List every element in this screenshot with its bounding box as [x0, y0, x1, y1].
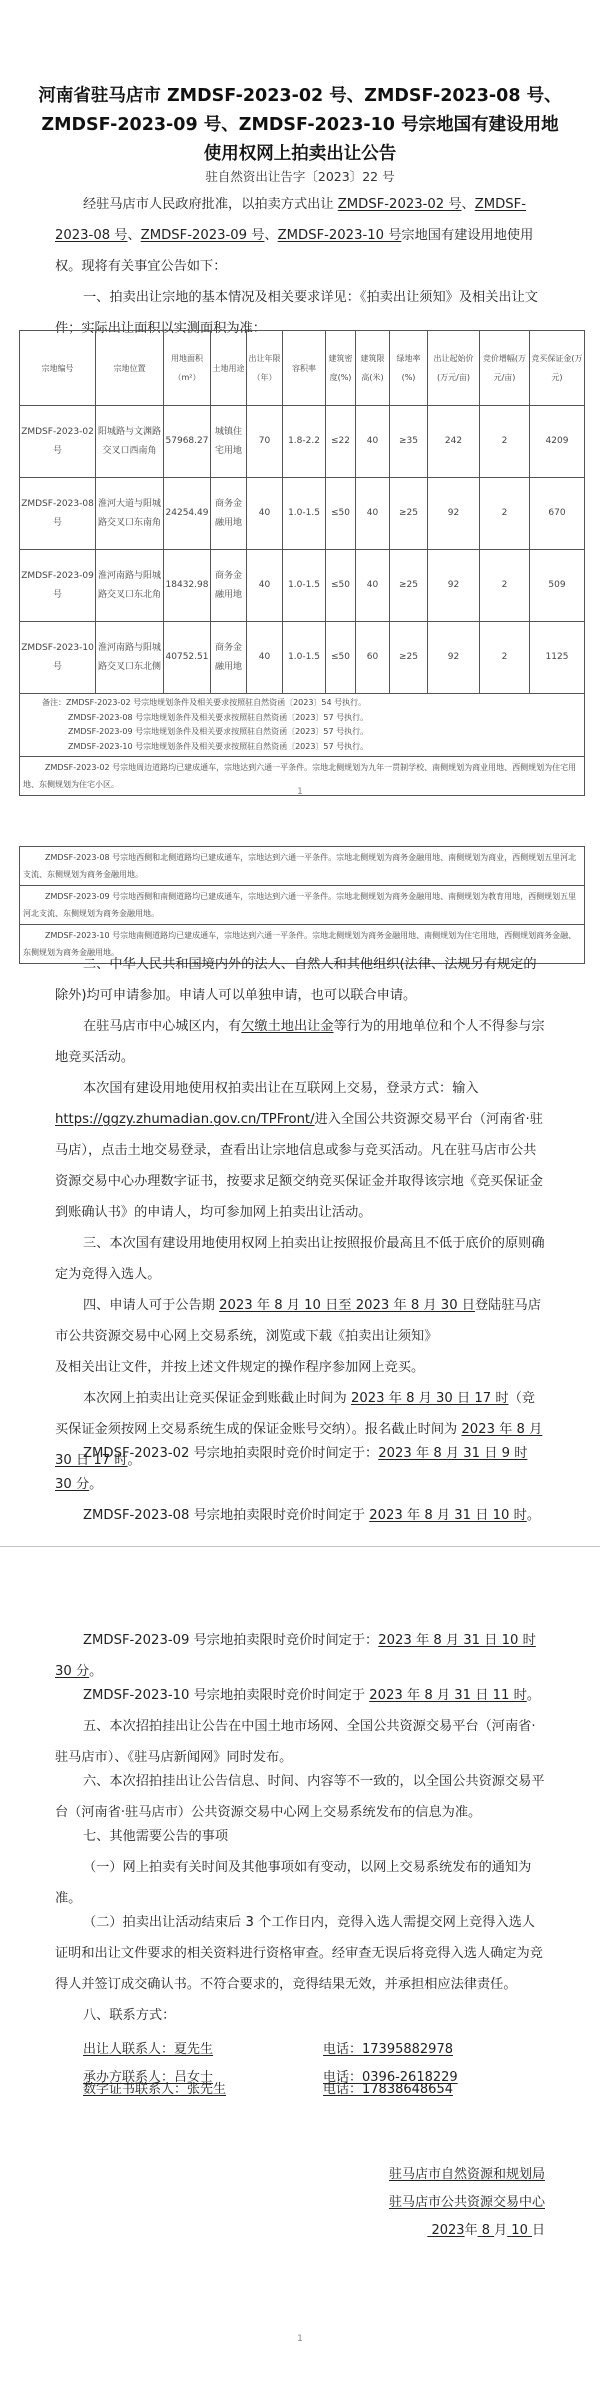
parcel-density: ≤50	[326, 550, 356, 622]
parcel-start-price: 242	[428, 406, 480, 478]
table-row: ZMDSF-2023-02号 阳城路与文渊路交叉口西南角 57968.27 城镇…	[20, 406, 585, 478]
auction-time-value: 2023 年 8 月 31 日 10 时	[369, 1508, 527, 1523]
section-5-paragraph: 五、本次招拍挂出让公告在中国土地市场网、全国公共资源交易平台（河南省·驻马店市）…	[55, 1711, 545, 1773]
section-2-restriction: 在驻马店市中心城区内，有欠缴土地出让金等行为的用地单位和个人不得参与宗地竞买活动…	[55, 1011, 545, 1073]
parcel-far: 1.0-1.5	[283, 622, 326, 694]
signing-org-1: 驻马店市自然资源和规划局	[389, 2167, 545, 2182]
parcel-years: 40	[247, 478, 283, 550]
parcel-area: 18432.98	[164, 550, 211, 622]
parcel-area: 57968.27	[164, 406, 211, 478]
header-cell: 竞价增幅(万元/亩)	[480, 331, 530, 406]
parcel-far: 1.0-1.5	[283, 550, 326, 622]
auction-time-value: 2023 年 8 月 31 日 11 时	[369, 1688, 527, 1703]
section-3-paragraph: 三、本次国有建设用地使用权网上拍卖出让按照报价最高且不低于底价的原则确定为竞得入…	[55, 1228, 545, 1290]
parcel-note: ZMDSF-2023-08 号宗地西侧和北侧道路均已建成通车，宗地达到六通一平条…	[20, 847, 584, 886]
contact-name: 出让人联系人：夏先生	[83, 2040, 213, 2060]
table-remarks: 备注：ZMDSF-2023-02 号宗地规划条件及相关要求按照驻自然资函〔202…	[20, 694, 585, 757]
parcel-increment: 2	[480, 406, 530, 478]
parcel-use: 商务金融用地	[211, 478, 247, 550]
header-cell: 绿地率(%)	[390, 331, 428, 406]
remark-line: ZMDSF-2023-10 号宗地规划条件及相关要求按照驻自然资函〔2023〕5…	[20, 740, 584, 755]
section-8-heading: 八、联系方式：	[55, 2000, 545, 2031]
parcel-years: 70	[247, 406, 283, 478]
signature-block: 驻马店市自然资源和规划局 驻马店市公共资源交易中心 2023年 8 月 10 日	[389, 2165, 545, 2241]
footer-page-number: 1	[0, 2334, 600, 2344]
parcel-green: ≥25	[390, 622, 428, 694]
parcel-start-price: 92	[428, 478, 480, 550]
intro-paragraph: 经驻马店市人民政府批准，以拍卖方式出让 ZMDSF-2023-02 号、ZMDS…	[55, 189, 545, 282]
auction-time-02: ZMDSF-2023-02 号宗地拍卖限时竞价时间定于：2023 年 8 月 3…	[55, 1438, 545, 1500]
contact-phone[interactable]: 电话：17395882978	[323, 2040, 453, 2060]
header-cell: 出让年限（年）	[247, 331, 283, 406]
parcel-height: 40	[356, 406, 390, 478]
parcel-height: 40	[356, 478, 390, 550]
parcel-id: ZMDSF-2023-08号	[20, 478, 96, 550]
header-cell: 用地面积（m²）	[164, 331, 211, 406]
remark-line: ZMDSF-2023-09 号宗地规划条件及相关要求按照驻自然资函〔2023〕5…	[20, 725, 584, 740]
parcel-use: 商务金融用地	[211, 622, 247, 694]
signing-org-2: 驻马店市公共资源交易中心	[389, 2195, 545, 2210]
header-cell: 土地用途	[211, 331, 247, 406]
parcel-years: 40	[247, 622, 283, 694]
section-6-paragraph: 六、本次招拍挂出让公告信息、时间、内容等不一致的，以全国公共资源交易平台（河南省…	[55, 1766, 545, 1828]
section-7-heading: 七、其他需要公告的事项	[55, 1821, 545, 1852]
parcel-note: ZMDSF-2023-09 号宗地西侧和南侧道路均已建成通车，宗地达到六通一平条…	[20, 886, 584, 925]
parcel-ref: ZMDSF-2023-09 号	[141, 228, 265, 243]
section-7-item-1: （一）网上拍卖有关时间及其他事项如有变动，以网上交易系统发布的通知为准。	[55, 1852, 545, 1914]
header-cell: 出让起始价(万元/亩)	[428, 331, 480, 406]
parcel-area: 24254.49	[164, 478, 211, 550]
parcel-years: 40	[247, 550, 283, 622]
parcel-deposit: 1125	[530, 622, 585, 694]
page-number: 1	[0, 787, 600, 797]
contact-phone[interactable]: 电话：17838648654	[323, 2080, 453, 2100]
parcel-start-price: 92	[428, 550, 480, 622]
parcel-ref: ZMDSF-2023-02 号	[338, 197, 462, 212]
parcel-increment: 2	[480, 622, 530, 694]
header-cell: 宗地编号	[20, 331, 96, 406]
auction-time-08: ZMDSF-2023-08 号宗地拍卖限时竞价时间定于 2023 年 8 月 3…	[55, 1500, 545, 1531]
parcel-density: ≤22	[326, 406, 356, 478]
header-cell: 竞买保证金(万元)	[530, 331, 585, 406]
announcement-period: 2023 年 8 月 10 日至 2023 年 8 月 30 日	[219, 1298, 475, 1313]
auction-time-10: ZMDSF-2023-10 号宗地拍卖限时竞价时间定于 2023 年 8 月 3…	[55, 1680, 545, 1711]
section-2-paragraph: 二、中华人民共和国境内外的法人、自然人和其他组织(法律、法规另有规定的除外)均可…	[55, 949, 545, 1011]
parcel-area: 40752.51	[164, 622, 211, 694]
table-row: ZMDSF-2023-09号 淮河南路与阳城路交叉口东北角 18432.98 商…	[20, 550, 585, 622]
parcel-deposit: 670	[530, 478, 585, 550]
header-cell: 建筑密度(%)	[326, 331, 356, 406]
table-header-row: 宗地编号 宗地位置 用地面积（m²） 土地用途 出让年限（年） 容积率 建筑密度…	[20, 331, 585, 406]
remark-line: ZMDSF-2023-08 号宗地规划条件及相关要求按照驻自然资函〔2023〕5…	[20, 711, 584, 726]
title-line-1: 河南省驻马店市 ZMDSF-2023-02 号、ZMDSF-2023-08 号、	[0, 82, 600, 111]
parcel-height: 40	[356, 550, 390, 622]
document-number: 驻自然资出让告字〔2023〕22 号	[0, 167, 600, 185]
parcel-green: ≥25	[390, 550, 428, 622]
parcel-green: ≥35	[390, 406, 428, 478]
parcel-ref: ZMDSF-2023-10 号	[278, 228, 402, 243]
remark-line: 备注：ZMDSF-2023-02 号宗地规划条件及相关要求按照驻自然资函〔202…	[20, 696, 584, 711]
parcel-deposit: 509	[530, 550, 585, 622]
table-remarks-row: 备注：ZMDSF-2023-02 号宗地规划条件及相关要求按照驻自然资函〔202…	[20, 694, 585, 757]
section-4-paragraph: 四、申请人可于公告期 2023 年 8 月 10 日至 2023 年 8 月 3…	[55, 1290, 545, 1383]
parcel-density: ≤50	[326, 478, 356, 550]
trading-platform-link[interactable]: https://ggzy.zhumadian.gov.cn/TPFront/	[55, 1112, 315, 1127]
parcel-increment: 2	[480, 478, 530, 550]
parcel-id: ZMDSF-2023-10号	[20, 622, 96, 694]
table-row: ZMDSF-2023-10号 淮河南路与阳城路交叉口东北侧 40752.51 商…	[20, 622, 585, 694]
parcel-location: 阳城路与文渊路交叉口西南角	[96, 406, 164, 478]
contact-name: 数字证书联系人：张先生	[83, 2080, 226, 2100]
parcel-density: ≤50	[326, 622, 356, 694]
unpaid-fee-term: 欠缴土地出让金	[241, 1019, 333, 1034]
section-2-online-trading: 本次国有建设用地使用权拍卖出让在互联网上交易，登录方式：输入https://gg…	[55, 1073, 545, 1228]
parcel-use: 城镇住宅用地	[211, 406, 247, 478]
auction-time-09: ZMDSF-2023-09 号宗地拍卖限时竞价时间定于：2023 年 8 月 3…	[55, 1625, 545, 1687]
parcel-id: ZMDSF-2023-02号	[20, 406, 96, 478]
table-row: ZMDSF-2023-08号 淮河大道与阳城路交叉口东南角 24254.49 商…	[20, 478, 585, 550]
page-divider	[0, 1546, 600, 1547]
parcel-location: 淮河南路与阳城路交叉口东北侧	[96, 622, 164, 694]
parcel-location: 淮河南路与阳城路交叉口东北角	[96, 550, 164, 622]
parcel-green: ≥25	[390, 478, 428, 550]
parcel-far: 1.8-2.2	[283, 406, 326, 478]
signing-date: 2023年 8 月 10 日	[389, 2221, 545, 2241]
parcel-height: 60	[356, 622, 390, 694]
title-line-2: ZMDSF-2023-09 号、ZMDSF-2023-10 号宗地国有建设用地	[0, 111, 600, 140]
parcel-increment: 2	[480, 550, 530, 622]
deposit-deadline: 2023 年 8 月 30 日 17 时	[351, 1391, 509, 1406]
page-title: 河南省驻马店市 ZMDSF-2023-02 号、ZMDSF-2023-08 号、…	[0, 82, 600, 169]
parcel-deposit: 4209	[530, 406, 585, 478]
section-7-item-2: （二）拍卖出让活动结束后 3 个工作日内，竞得入选人需提交网上竞得入选人证明和出…	[55, 1907, 545, 2000]
title-line-3: 使用权网上拍卖出让公告	[0, 140, 600, 169]
land-parcel-table: 宗地编号 宗地位置 用地面积（m²） 土地用途 出让年限（年） 容积率 建筑密度…	[19, 330, 585, 796]
header-cell: 容积率	[283, 331, 326, 406]
parcel-id: ZMDSF-2023-09号	[20, 550, 96, 622]
parcel-far: 1.0-1.5	[283, 478, 326, 550]
header-cell: 宗地位置	[96, 331, 164, 406]
parcel-location: 淮河大道与阳城路交叉口东南角	[96, 478, 164, 550]
parcel-start-price: 92	[428, 622, 480, 694]
parcel-use: 商务金融用地	[211, 550, 247, 622]
parcel-notes-continued: ZMDSF-2023-08 号宗地西侧和北侧道路均已建成通车，宗地达到六通一平条…	[19, 846, 585, 964]
header-cell: 建筑限高(米)	[356, 331, 390, 406]
